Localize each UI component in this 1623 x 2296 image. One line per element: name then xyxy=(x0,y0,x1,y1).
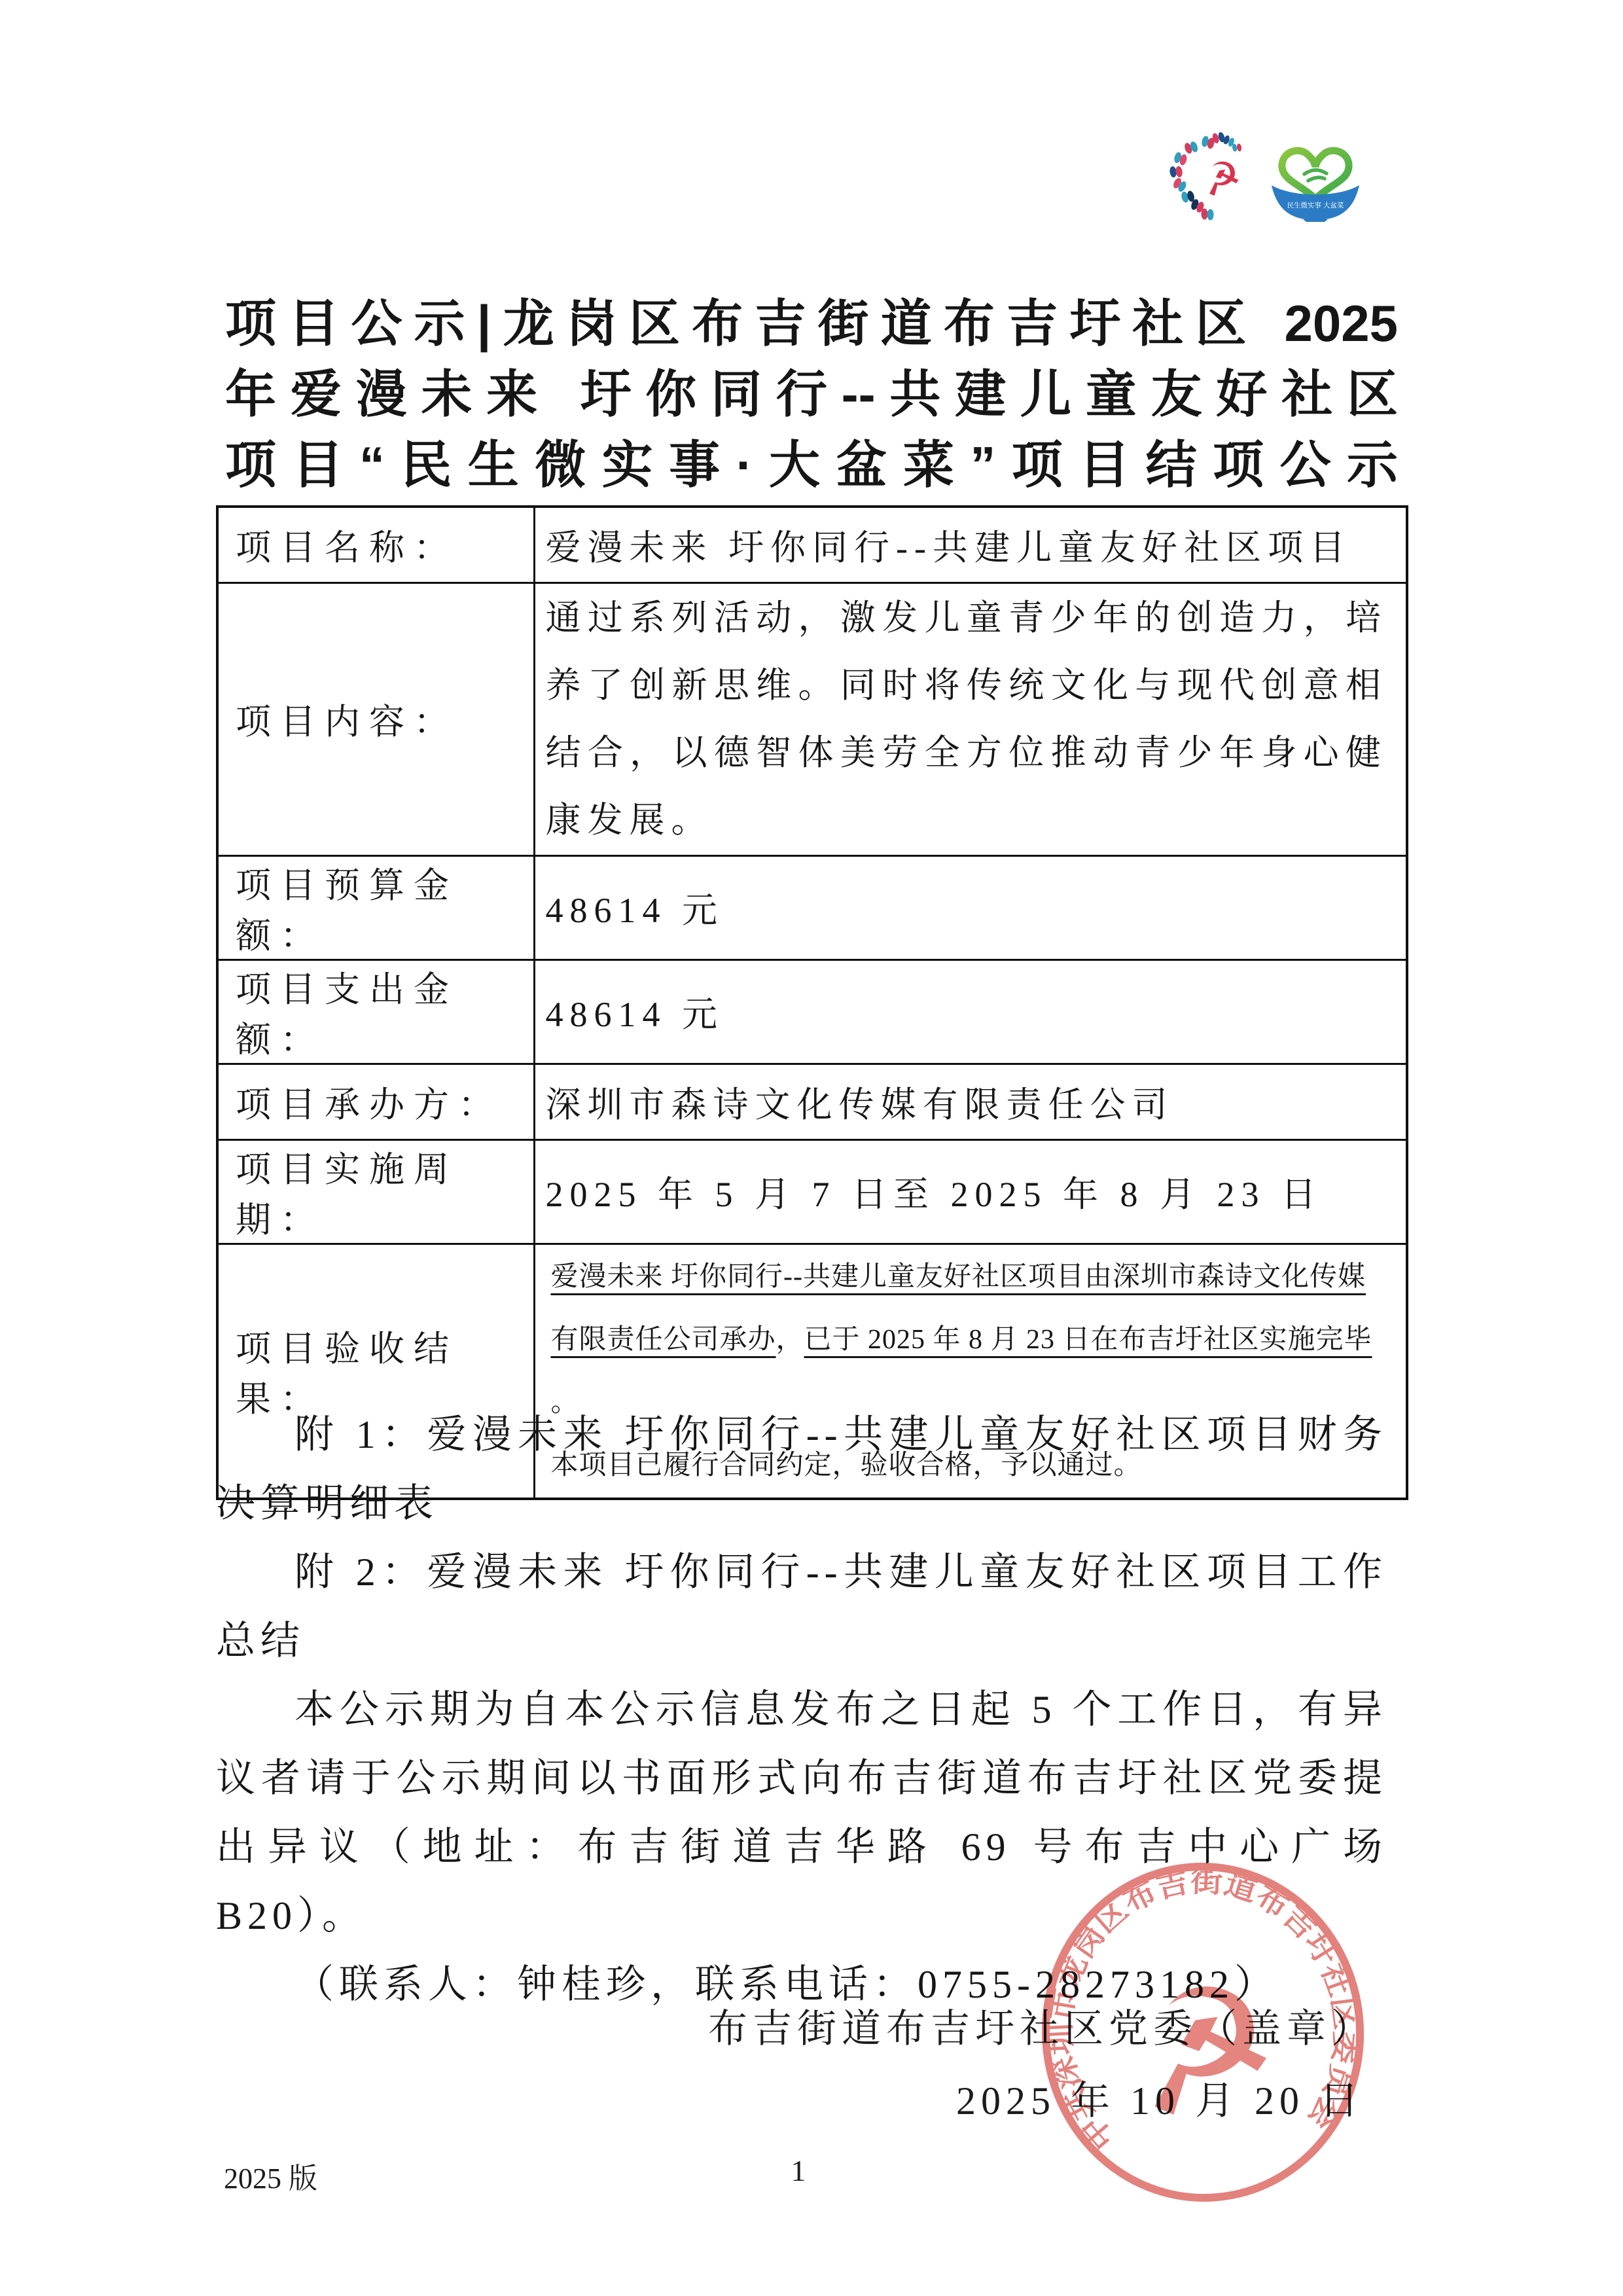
table-row-project-content: 项目内容： 通过系列活动，激发儿童青少年的创造力，培养了创新思维。同时将传统文化… xyxy=(217,583,1407,855)
table-row-project-name: 项目名称： 爱漫未来 圩你同行--共建儿童友好社区项目 xyxy=(217,507,1407,583)
seal-hammer-sickle-icon: ☭ xyxy=(1112,1942,1295,2159)
row-value: 48614 元 xyxy=(534,960,1407,1064)
row-value: 爱漫未来 圩你同行--共建儿童友好社区项目 xyxy=(534,507,1407,583)
row-label: 项目名称： xyxy=(217,507,534,583)
row-value: 通过系列活动，激发儿童青少年的创造力，培养了创新思维。同时将传统文化与现代创意相… xyxy=(534,583,1407,855)
party-volunteer-heart-logo-icon: ☭ xyxy=(1165,131,1250,223)
acceptance-text-segment: 爱漫未来 圩你同行--共建儿童友好社区项目由深圳市森诗文化传媒 xyxy=(551,1262,1366,1292)
attachment-1-paragraph: 附 1：爱漫未来 圩你同行--共建儿童友好社区项目财务决算明细表 xyxy=(216,1401,1387,1538)
heart-outline xyxy=(1282,151,1349,199)
page-title: 项目公示|龙岗区布吉街道布吉圩社区 2025 年爱漫未来 圩你同行--共建儿童友… xyxy=(225,288,1398,500)
table-row-expense-amount: 项目支出金额： 48614 元 xyxy=(217,960,1407,1064)
table-row-implementation-period: 项目实施周期： 2025 年 5 月 7 日至 2025 年 8 月 23 日 xyxy=(217,1139,1407,1244)
row-label: 项目承办方： xyxy=(217,1064,534,1139)
row-label: 项目实施周期： xyxy=(217,1139,534,1244)
row-label: 项目内容： xyxy=(217,583,534,855)
project-summary-table: 项目名称： 爱漫未来 圩你同行--共建儿童友好社区项目 项目内容： 通过系列活动… xyxy=(216,505,1408,1500)
bowl-foot xyxy=(1303,219,1328,222)
hammer-sickle-icon: ☭ xyxy=(1197,149,1247,207)
acceptance-text-segment: ， xyxy=(776,1325,804,1355)
official-seal-stamp: 中共深圳市龙岗区布吉街道布吉圩社区委员会 ☭ xyxy=(1022,1839,1384,2226)
acceptance-text-segment: 有限责任公司承办 xyxy=(551,1325,776,1355)
attachment-2-paragraph: 附 2：爱漫未来 圩你同行--共建儿童友好社区项目工作总结 xyxy=(216,1538,1387,1676)
heart-swirl xyxy=(1304,170,1327,181)
bowl-label: 民生微实事 大盆菜 xyxy=(1287,201,1344,209)
table-row-budget-amount: 项目预算金额： 48614 元 xyxy=(217,855,1407,960)
table-row-undertaker: 项目承办方： 深圳市森诗文化传媒有限责任公司 xyxy=(217,1064,1407,1139)
row-value: 深圳市森诗文化传媒有限责任公司 xyxy=(534,1064,1407,1139)
row-label: 项目支出金额： xyxy=(217,960,534,1064)
document-page: ☭ 民生微实事 大盆菜 项目公示|龙岗区布吉街道布吉圩社区 2025 年爱漫未来… xyxy=(0,0,1623,2296)
page-title-line-1: 项目公示|龙岗区布吉街道布吉圩社区 2025 xyxy=(225,288,1398,359)
minsheng-dapencai-bowl-logo-icon: 民生微实事 大盆菜 xyxy=(1266,136,1364,223)
row-value: 48614 元 xyxy=(534,855,1407,960)
row-value: 2025 年 5 月 7 日至 2025 年 8 月 23 日 xyxy=(534,1139,1407,1244)
page-title-line-3: 项目“民生微实事·大盆菜”项目结项公示 xyxy=(225,429,1398,500)
acceptance-text-segment: 已于 2025 年 8 月 23 日在布吉圩社区实施完毕 xyxy=(804,1325,1372,1355)
footer-page-number: 1 xyxy=(779,2153,818,2188)
row-label: 项目预算金额： xyxy=(217,855,534,960)
footer-edition: 2025 版 xyxy=(224,2155,317,2197)
page-title-line-2: 年爱漫未来 圩你同行--共建儿童友好社区 xyxy=(225,359,1398,429)
